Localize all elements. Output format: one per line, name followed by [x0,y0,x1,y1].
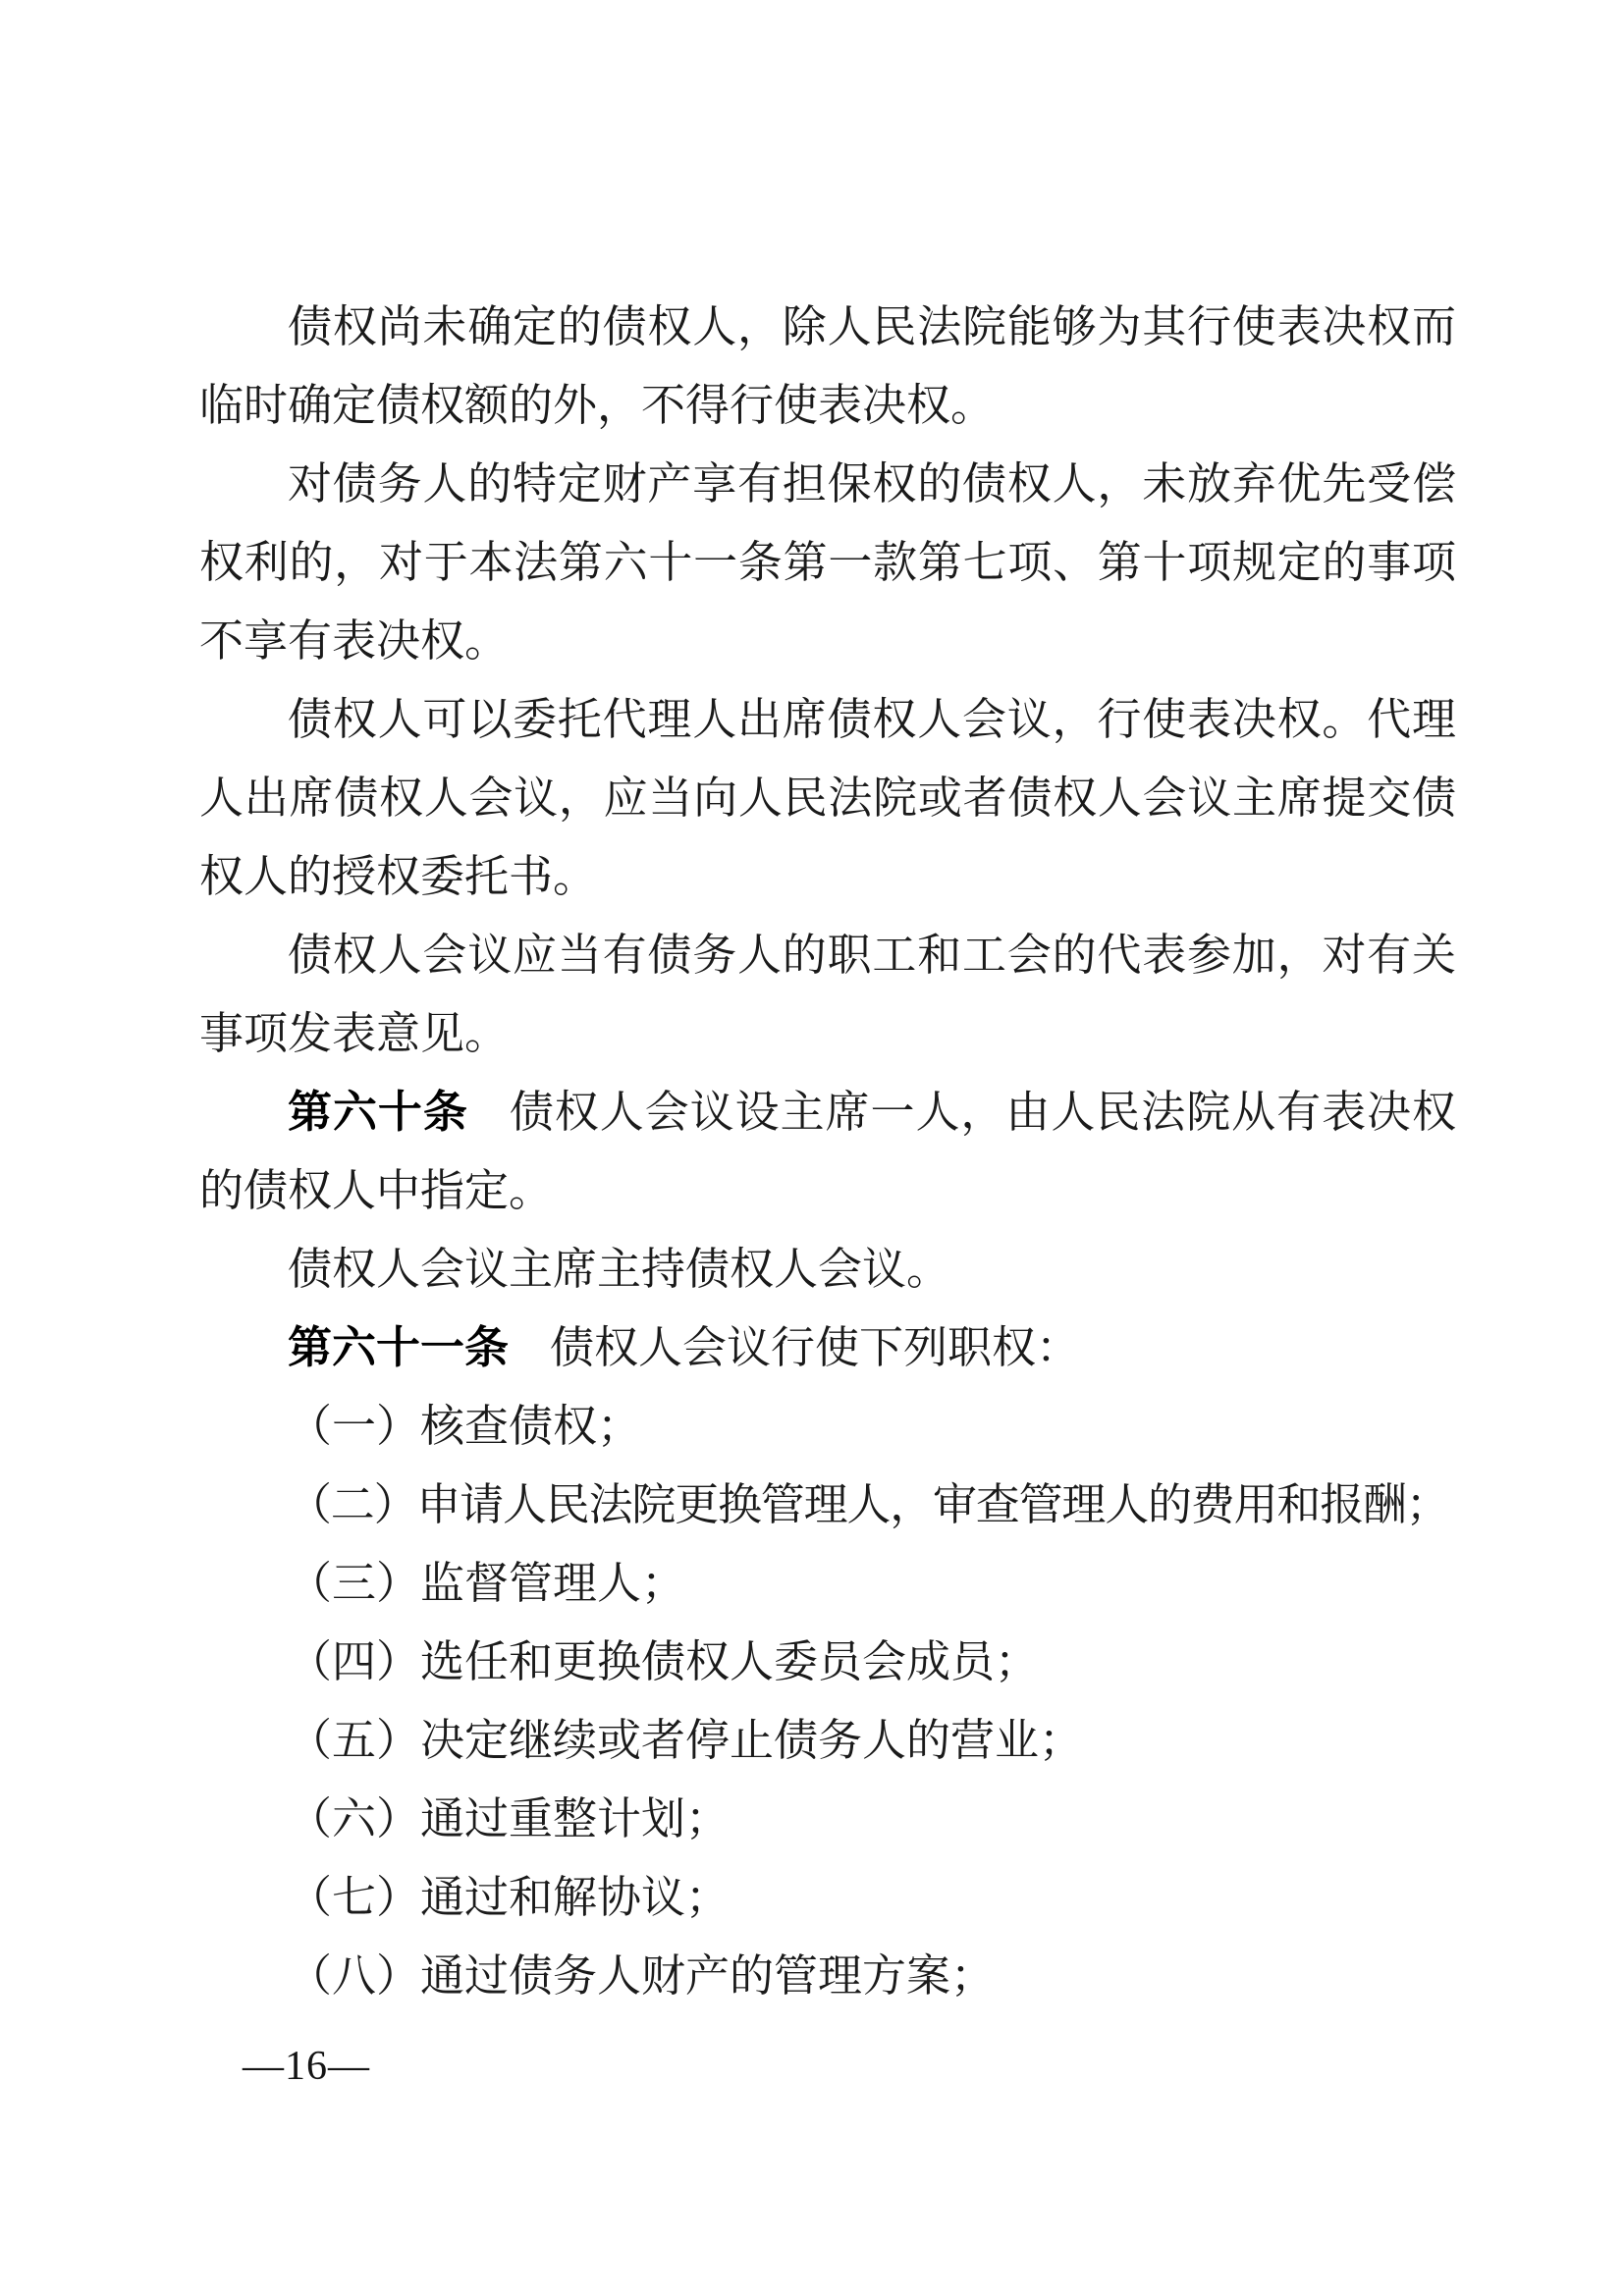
text-line: （五）决定继续或者停止债务人的营业； [199,1701,1456,1780]
text-line: 权人的授权委托书。 [199,837,1456,916]
document-page: 债权尚未确定的债权人，除人民法院能够为其行使表决权而 临时确定债权额的外，不得行… [0,0,1624,2296]
line-text: 债权人会议主席主持债权人会议。 [288,1245,950,1294]
text-line: 事项发表意见。 [199,994,1456,1073]
line-text: 债权尚未确定的债权人，除人民法院能够为其行使表决权而 [288,302,1456,351]
text-line: （八）通过债务人财产的管理方案； [199,1937,1456,2015]
text-line: 的债权人中指定。 [199,1151,1456,1230]
line-text: （七）通过和解协议； [288,1873,730,1922]
line-text: （八）通过债务人财产的管理方案； [288,1951,995,2001]
line-text: （一）核查债权； [288,1402,641,1451]
text-line: 债权尚未确定的债权人，除人民法院能够为其行使表决权而 [199,288,1456,366]
text-line: （六）通过重整计划； [199,1780,1456,1858]
text-line: （七）通过和解协议； [199,1858,1456,1937]
line-text: 权人的授权委托书。 [199,852,597,901]
line-text: 临时确定债权额的外，不得行使表决权。 [199,381,995,430]
text-line: 第六十一条债权人会议行使下列职权： [199,1308,1456,1387]
line-text: 债权人会议设主席一人，由人民法院从有表决权 [510,1088,1456,1137]
text-line: （四）选任和更换债权人委员会成员； [199,1623,1456,1701]
text-line: 权利的，对于本法第六十一条第一款第七项、第十项规定的事项 [199,523,1456,602]
text-line: （一）核查债权； [199,1387,1456,1466]
document-body: 债权尚未确定的债权人，除人民法院能够为其行使表决权而 临时确定债权额的外，不得行… [199,288,1456,2015]
text-line: 不享有表决权。 [199,602,1456,680]
text-line: 人出席债权人会议，应当向人民法院或者债权人会议主席提交债 [199,759,1456,837]
line-text: （二）申请人民法院更换管理人，审查管理人的费用和报酬； [288,1480,1449,1529]
line-text: 债权人会议应当有债务人的职工和工会的代表参加，对有关 [288,931,1456,980]
line-text: 事项发表意见。 [199,1009,509,1058]
text-line: （二）申请人民法院更换管理人，审查管理人的费用和报酬； [199,1466,1456,1544]
line-text: 的债权人中指定。 [199,1166,553,1215]
line-text: 人出席债权人会议，应当向人民法院或者债权人会议主席提交债 [199,774,1456,823]
article-number: 第六十条 [288,1087,468,1137]
text-line: （三）监督管理人； [199,1544,1456,1623]
line-text: （五）决定继续或者停止债务人的营业； [288,1716,1083,1765]
text-line: 债权人会议应当有债务人的职工和工会的代表参加，对有关 [199,916,1456,994]
text-line: 对债务人的特定财产享有担保权的债权人，未放弃优先受偿 [199,445,1456,523]
line-text: 债权人可以委托代理人出席债权人会议，行使表决权。代理 [288,695,1456,744]
line-text: 不享有表决权。 [199,616,509,666]
line-text: 债权人会议行使下列职权： [550,1323,1080,1372]
article-number: 第六十一条 [288,1322,509,1372]
line-text: 对债务人的特定财产享有担保权的债权人，未放弃优先受偿 [288,459,1456,508]
text-line: 债权人可以委托代理人出席债权人会议，行使表决权。代理 [199,680,1456,759]
text-line: 债权人会议主席主持债权人会议。 [199,1230,1456,1308]
line-text: （三）监督管理人； [288,1559,685,1608]
line-text: （六）通过重整计划； [288,1794,730,1843]
page-number: —16— [243,2044,370,2089]
text-line: 第六十条债权人会议设主席一人，由人民法院从有表决权 [199,1073,1456,1151]
text-line: 临时确定债权额的外，不得行使表决权。 [199,366,1456,445]
line-text: （四）选任和更换债权人委员会成员； [288,1637,1039,1686]
line-text: 权利的，对于本法第六十一条第一款第七项、第十项规定的事项 [199,538,1456,587]
